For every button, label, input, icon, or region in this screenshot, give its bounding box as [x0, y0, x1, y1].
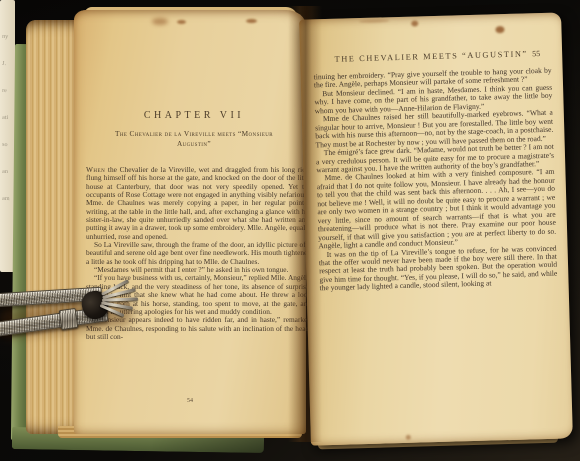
chapter-subtitle-line2: Augustin” — [82, 139, 306, 149]
running-header-title: THE CHEVALIER MEETS “AUGUSTIN” — [300, 48, 562, 64]
chapter-subtitle-line1: The Chevalier de la Vireville meets “Mon… — [82, 129, 306, 139]
bookmark-prong — [102, 297, 138, 301]
edge-text-fragment: am — [2, 196, 10, 223]
bookmark-buckle — [59, 308, 79, 330]
chapter-heading: CHAPTER VII — [82, 110, 306, 121]
edge-text-fragment: J. — [2, 61, 10, 88]
foxing-spot — [359, 19, 389, 23]
foxing-spot — [406, 435, 411, 440]
foxing-spot — [411, 20, 418, 26]
foxing-spot — [246, 19, 257, 23]
foxing-spot — [152, 18, 168, 25]
edge-text-fragment: ny — [2, 34, 10, 61]
chapter-subtitle: The Chevalier de la Vireville meets “Mon… — [82, 129, 306, 148]
page-number-right: 55 — [532, 49, 540, 58]
page-edges-stack — [26, 20, 78, 434]
right-page-body-text: tinuing her embroidery. “Pray give yours… — [314, 67, 558, 293]
paragraph: So La Vireville saw, through the frame o… — [86, 241, 311, 266]
page-number-left: 54 — [74, 398, 306, 404]
foxing-spot — [177, 20, 186, 24]
running-header: THE CHEVALIER MEETS “AUGUSTIN” 55 — [300, 48, 562, 67]
book-photo: nyJ.reatisoanam CHAPTER VII The Chevalie… — [0, 0, 580, 461]
edge-text-fragment: re — [2, 88, 10, 115]
paragraph: When the Chevalier de la Vireville, wet … — [86, 166, 311, 241]
opening-paragraph-text: the Chevalier de la Vireville, wet and d… — [86, 165, 311, 241]
silver-filigree-bookmark — [0, 276, 148, 354]
paragraph: Mme. de Chaulnes looked at him with a ve… — [316, 168, 556, 251]
foxing-spot — [495, 26, 504, 33]
left-page: CHAPTER VII The Chevalier de la Virevill… — [74, 10, 306, 434]
edge-text-fragment: ati — [2, 115, 10, 142]
right-page: THE CHEVALIER MEETS “AUGUSTIN” 55 tinuin… — [299, 12, 573, 445]
paragraph: It was on the tip of La Vireville’s tong… — [319, 244, 558, 293]
edge-text-fragment: so — [2, 142, 10, 169]
edge-text-fragments: nyJ.reatisoanam — [2, 34, 9, 223]
edge-text-fragment: an — [2, 169, 10, 196]
